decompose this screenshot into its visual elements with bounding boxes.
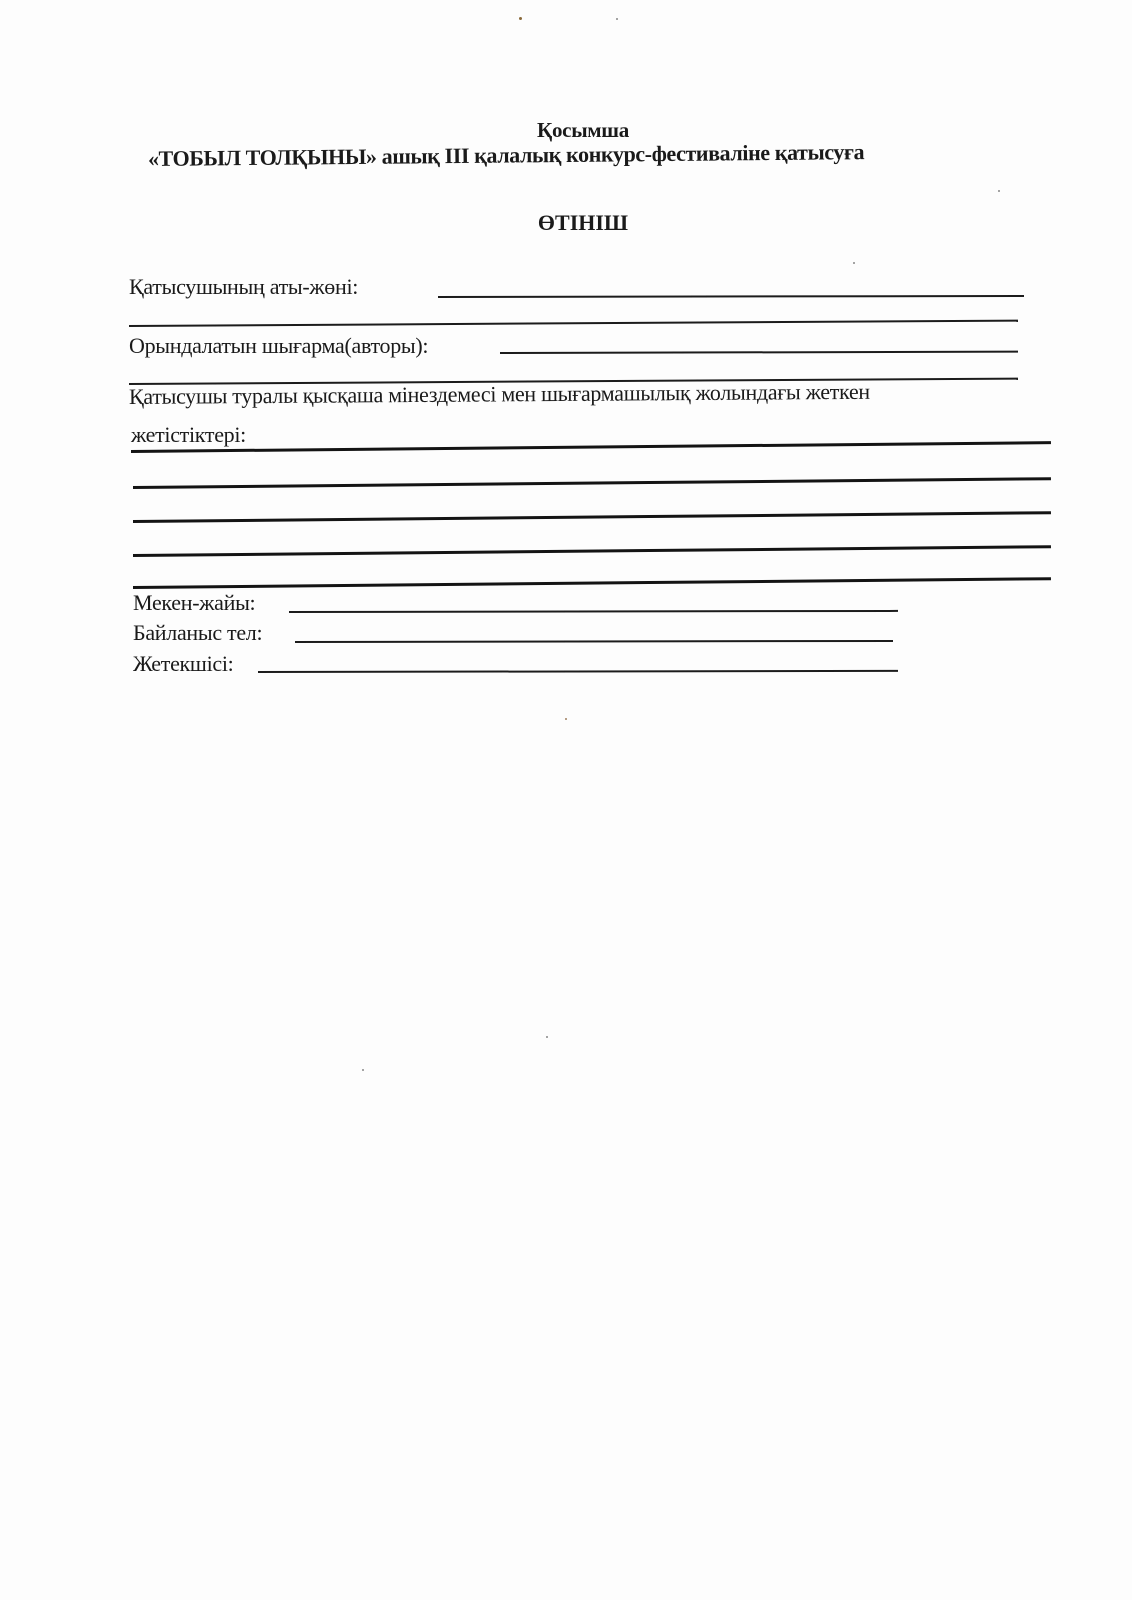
scan-speck — [565, 718, 567, 720]
phone-field[interactable] — [295, 640, 893, 643]
document-heading: ӨТІНІШ — [0, 210, 1132, 236]
participant-name-label: Қатысушының аты-жөні: — [129, 274, 358, 300]
scan-speck — [362, 1069, 364, 1071]
scan-speck — [546, 1036, 548, 1038]
document-title: «ТОБЫЛ ТОЛҚЫНЫ» ашық ІІІ қалалық конкурс… — [148, 139, 864, 172]
scan-speck — [853, 262, 855, 264]
performed-work-field[interactable] — [500, 351, 1018, 354]
achievements-field-line-5[interactable] — [133, 577, 1051, 589]
supervisor-label: Жетекшісі: — [133, 651, 233, 677]
scan-speck — [998, 190, 1000, 192]
achievements-field-line-4[interactable] — [133, 545, 1051, 557]
scan-speck — [616, 18, 618, 20]
address-field[interactable] — [289, 610, 898, 613]
supervisor-field[interactable] — [258, 670, 898, 673]
achievements-field-line-2[interactable] — [133, 477, 1051, 489]
performed-work-label: Орындалатын шығарма(авторы): — [129, 333, 428, 359]
address-label: Мекен-жайы: — [133, 590, 255, 616]
phone-label: Байланыс тел: — [133, 620, 262, 646]
participant-name-field[interactable] — [438, 295, 1024, 298]
achievements-label-continued: жетістіктері: — [131, 422, 246, 448]
application-form-page: Қосымша «ТОБЫЛ ТОЛҚЫНЫ» ашық ІІІ қалалық… — [0, 0, 1132, 1600]
achievements-field-line-3[interactable] — [133, 511, 1051, 523]
appendix-label: Қосымша — [0, 118, 1132, 143]
scan-speck — [519, 17, 522, 20]
achievements-label: Қатысушы туралы қысқаша мінездемесі мен … — [129, 379, 870, 410]
achievements-field-line-1[interactable] — [131, 441, 1051, 453]
participant-name-field-line-2[interactable] — [129, 320, 1018, 327]
